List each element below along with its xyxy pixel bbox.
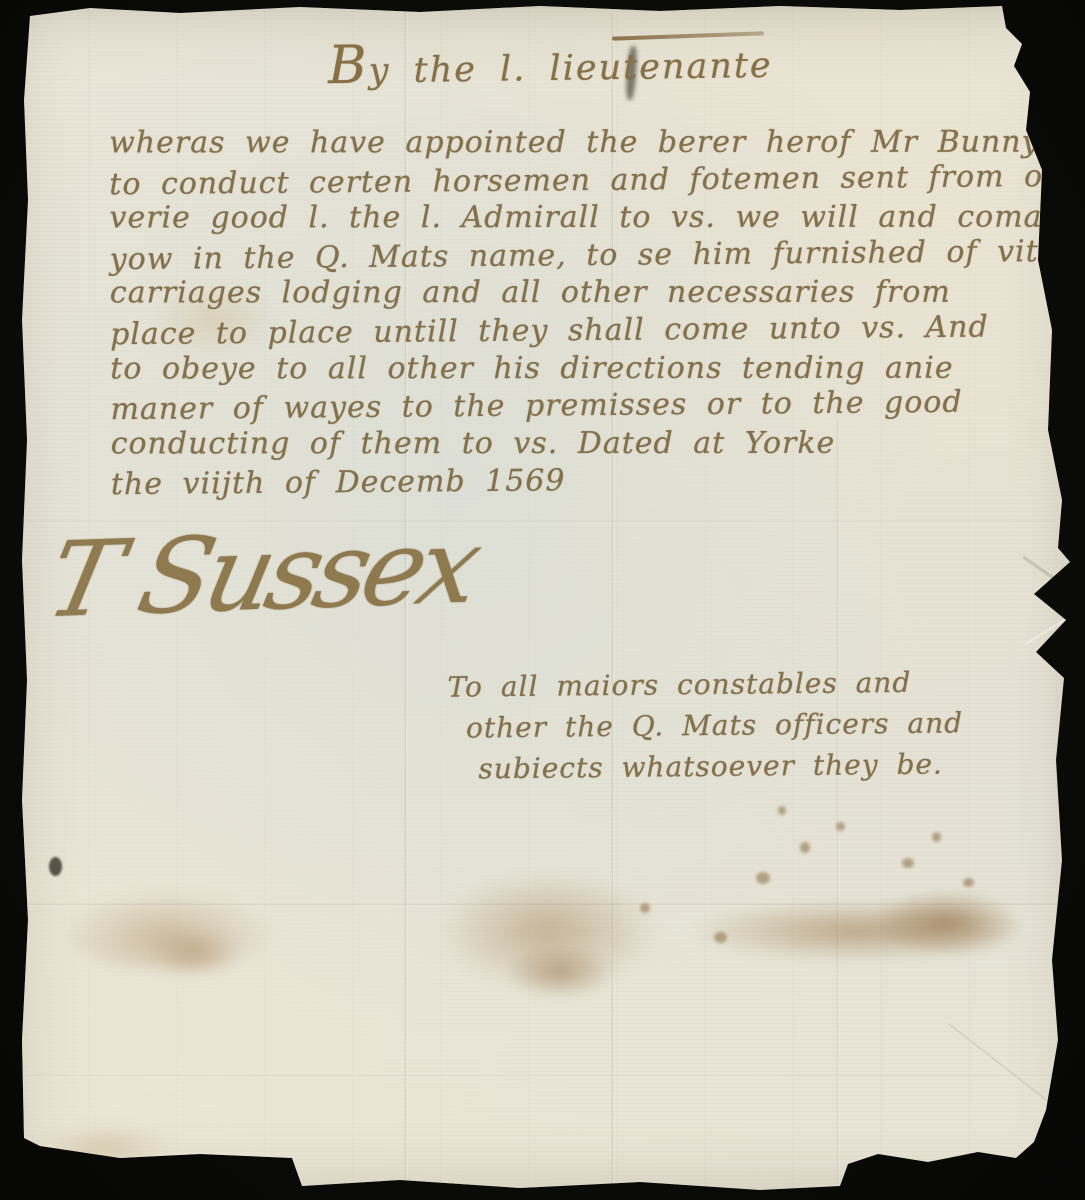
- stain-spot: [640, 903, 650, 913]
- edge-fold-crease: [1024, 613, 1075, 646]
- stain-spot: [932, 832, 941, 842]
- water-stain: [872, 888, 1022, 956]
- edge-fold-crease: [1022, 556, 1071, 592]
- water-stain: [36, 1125, 176, 1170]
- dark-speck: [49, 857, 62, 876]
- body-line: to conduct certen horsemen and fotemen s…: [109, 157, 1069, 203]
- body-line: carriages lodging and all other necessar…: [110, 274, 1070, 312]
- body-line: conducting of them to vs. Dated at Yorke: [111, 424, 1071, 462]
- stain-spot: [902, 858, 914, 868]
- body-line: yow in the Q. Mats name, to se him furni…: [110, 233, 1070, 279]
- stain-spot: [800, 842, 810, 853]
- address-line: To all maiors constables and: [447, 661, 963, 707]
- fold-crease-horizontal: [26, 1074, 1055, 1078]
- fold-crease-vertical: [836, 420, 840, 1184]
- letter-heading: By the l. lieutenante: [328, 29, 769, 96]
- photo-background: By the l. lieutenante wheras we have app…: [0, 0, 1085, 1200]
- body-line: wheras we have appointed the berer herof…: [109, 124, 1069, 162]
- water-stain: [505, 945, 615, 1000]
- body-line: maner of wayes to the premisses or to th…: [110, 383, 1070, 429]
- body-line: to obeye to all other his directions ten…: [110, 349, 1070, 387]
- signature: T Sussex: [38, 509, 486, 638]
- letter-body: wheras we have appointed the berer herof…: [109, 121, 1071, 502]
- address-line: other the Q. Mats officers and: [466, 702, 964, 748]
- body-line: verie good l. the l. Admirall to vs. we …: [109, 199, 1069, 237]
- stain-spot: [778, 806, 786, 815]
- water-stain: [150, 930, 240, 978]
- address-line: subiects whatsoever they be.: [478, 743, 964, 789]
- address-block: To all maiors constables and other the Q…: [447, 661, 963, 789]
- body-line: the viijth of Decemb 1569: [111, 458, 1071, 504]
- stain-spot: [836, 822, 845, 831]
- manuscript-paper: By the l. lieutenante wheras we have app…: [0, 0, 1085, 1200]
- stain-spot: [756, 872, 770, 884]
- stain-spot: [963, 878, 974, 887]
- body-line: place to place untill they shall come un…: [110, 308, 1070, 354]
- stain-spot: [714, 932, 727, 943]
